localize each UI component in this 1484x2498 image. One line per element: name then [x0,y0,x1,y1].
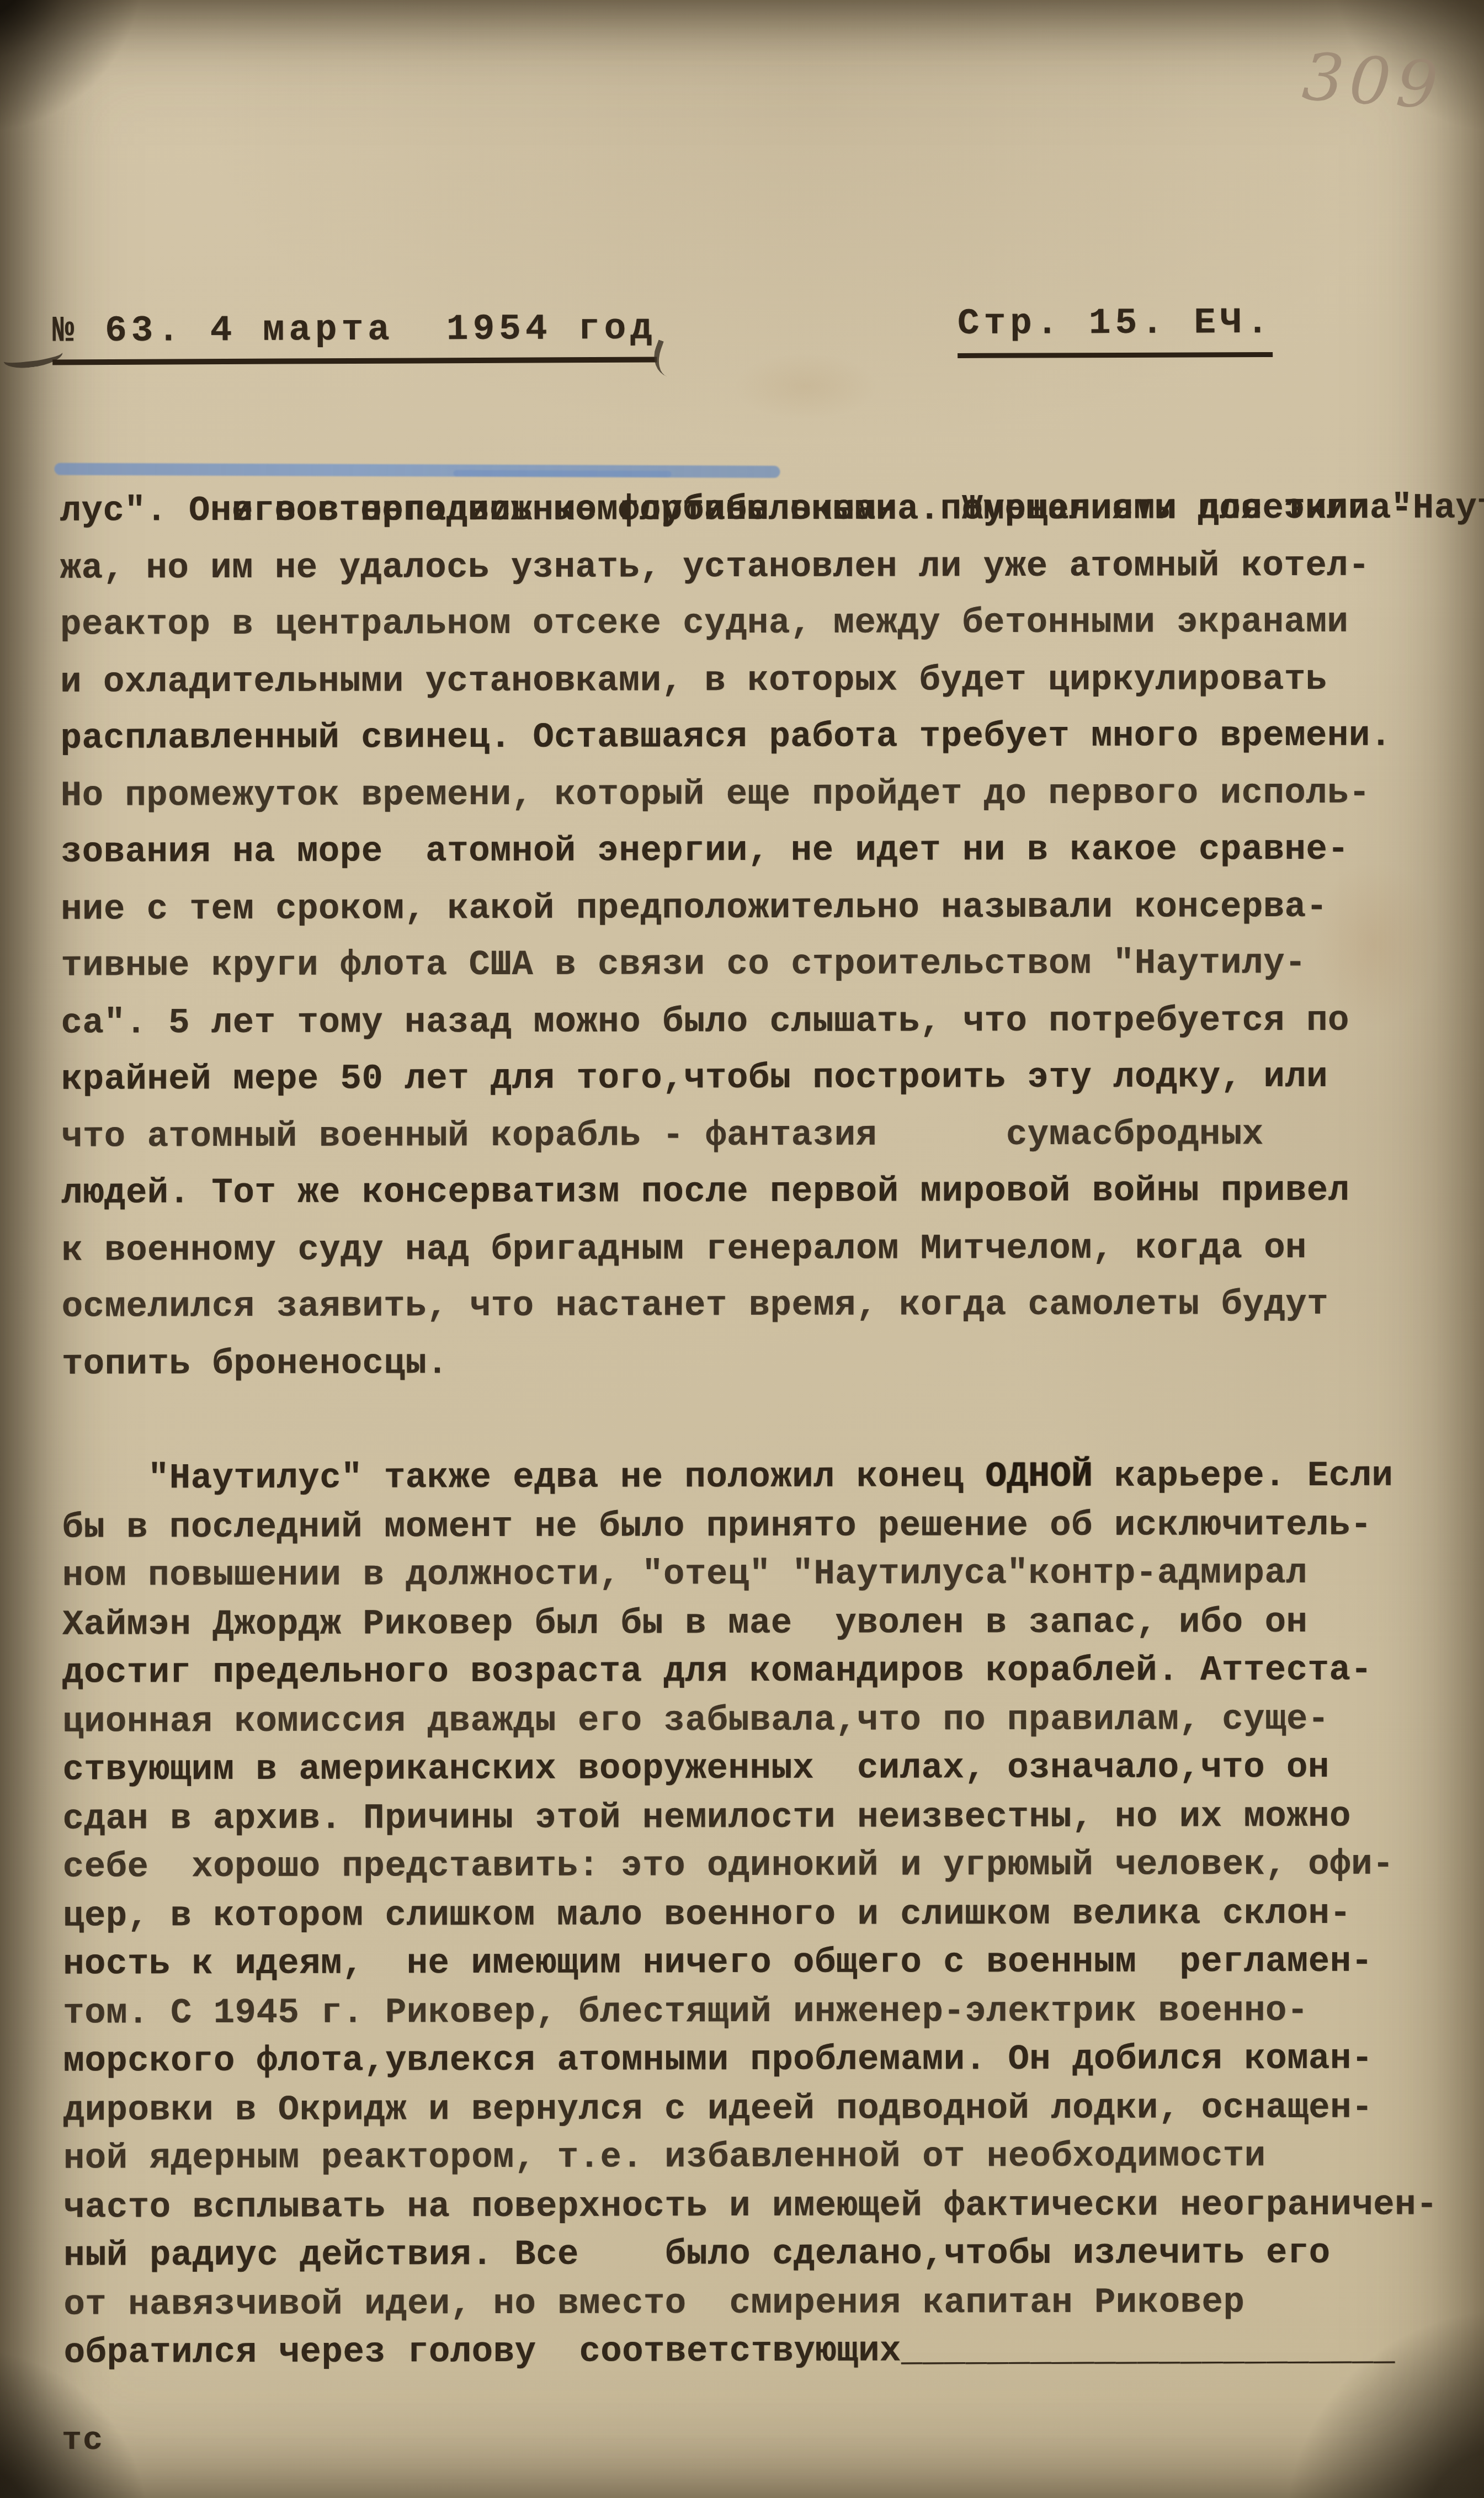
text-line: ние с тем сроком, какой предположительно… [61,879,1451,938]
text-line: ность к идеям, не имеющим ничего общего … [63,1937,1454,1989]
text-line: Но промежуток времени, который еще пройд… [61,765,1451,825]
header-issue-date: № 63. 4 марта 1954 год [52,308,657,365]
text-line: "Наутилус" также едва не положил конец О… [62,1452,1453,1503]
text-line: бы в последний момент не было принято ре… [62,1501,1453,1552]
text-line: часто всплывать на поверхность и имеющей… [63,2181,1454,2232]
text-line: обратился через голову соответствующих__… [64,2326,1455,2377]
corner-shadow-top-left [0,0,232,182]
text-line: ном повышении в должности, "отец" "Наути… [62,1549,1453,1600]
text-line: ной ядерным реактором, т.е. избавленной … [63,2132,1454,2183]
document-body: его в неподвижные глубины океана. Журнал… [60,423,1454,2377]
paragraph-2: "Наутилус" также едва не положил конец О… [62,1452,1454,2377]
paragraph-1: его в неподвижные глубины океана. Журнал… [60,423,1453,1392]
text-line-first: его в неподвижные глубины океана. Журнал… [60,423,1450,483]
text-line: са". 5 лет тому назад можно было слышать… [61,992,1451,1052]
paragraph-2-lines: "Наутилус" также едва не положил конец О… [62,1452,1454,2377]
text-line: к военному суду над бригадным генералом … [61,1220,1452,1279]
text-line: ствующим в американских вооруженных сила… [62,1743,1453,1794]
text-line: морского флота,увлекся атомными проблема… [63,2034,1454,2086]
paragraph-1-lines: лус". Они восторгались комфортабельными … [60,480,1453,1392]
text-line: людей. Тот же консерватизм после первой … [61,1162,1452,1222]
paper-stain [734,353,877,419]
text-line: сдан в архив. Причины этой немилости неи… [62,1792,1453,1843]
text-line: Хаймэн Джордж Риковер был бы в мае уволе… [62,1598,1453,1649]
text-line: топить броненосцы. [62,1333,1453,1393]
handwritten-page-number: 309 [1300,38,1445,124]
text-line: и охладительными установками, в которых … [60,651,1451,711]
text-line: дировки в Окридж и вернулся с идеей подв… [63,2084,1454,2135]
text-line: осмелился заявить, что настанет время, к… [62,1276,1453,1336]
text-line: зования на море атомной энергии, не идет… [61,821,1451,881]
text-line: реактор в центральном отсеке судна, межд… [60,594,1451,653]
text-line: цер, в котором слишком мало военного и с… [63,1889,1454,1941]
text-line: от навязчивой идеи, но вместо смирения к… [63,2278,1454,2329]
header-page-label: Стр. 15. ЕЧ. [958,302,1273,358]
blue-pencil-underline [54,463,780,478]
text-line: ный радиус действия. Все было сделано,чт… [63,2229,1454,2280]
text-line: себе хорошо представить: это одинокий и … [63,1840,1454,1891]
text-line: жа, но им не удалось узнать, установлен … [60,538,1451,597]
text-line: том. С 1945 г. Риковер, блестящий инжене… [63,1986,1454,2038]
text-line: крайней мере 50 лет для того,чтобы постр… [61,1049,1452,1108]
text-line: тивные круги флота США в связи со строит… [61,935,1451,995]
typist-initials: тс [62,2422,104,2459]
first-line-rest: Журналисты посетили "Наути- [940,488,1484,529]
scanned-document-page: 309 № 63. 4 марта 1954 год Стр. 15. ЕЧ. … [0,0,1484,2498]
underlined-opening-text: его в неподвижные глубины океана. [232,490,940,531]
text-line: ционная комиссия дважды его забывала,что… [62,1695,1453,1746]
text-line: что атомный военный корабль - фантазия с… [61,1106,1452,1166]
text-line: достиг предельного возраста для командир… [62,1646,1453,1697]
text-line: расплавленный свинец. Оставшаяся работа … [60,708,1451,767]
